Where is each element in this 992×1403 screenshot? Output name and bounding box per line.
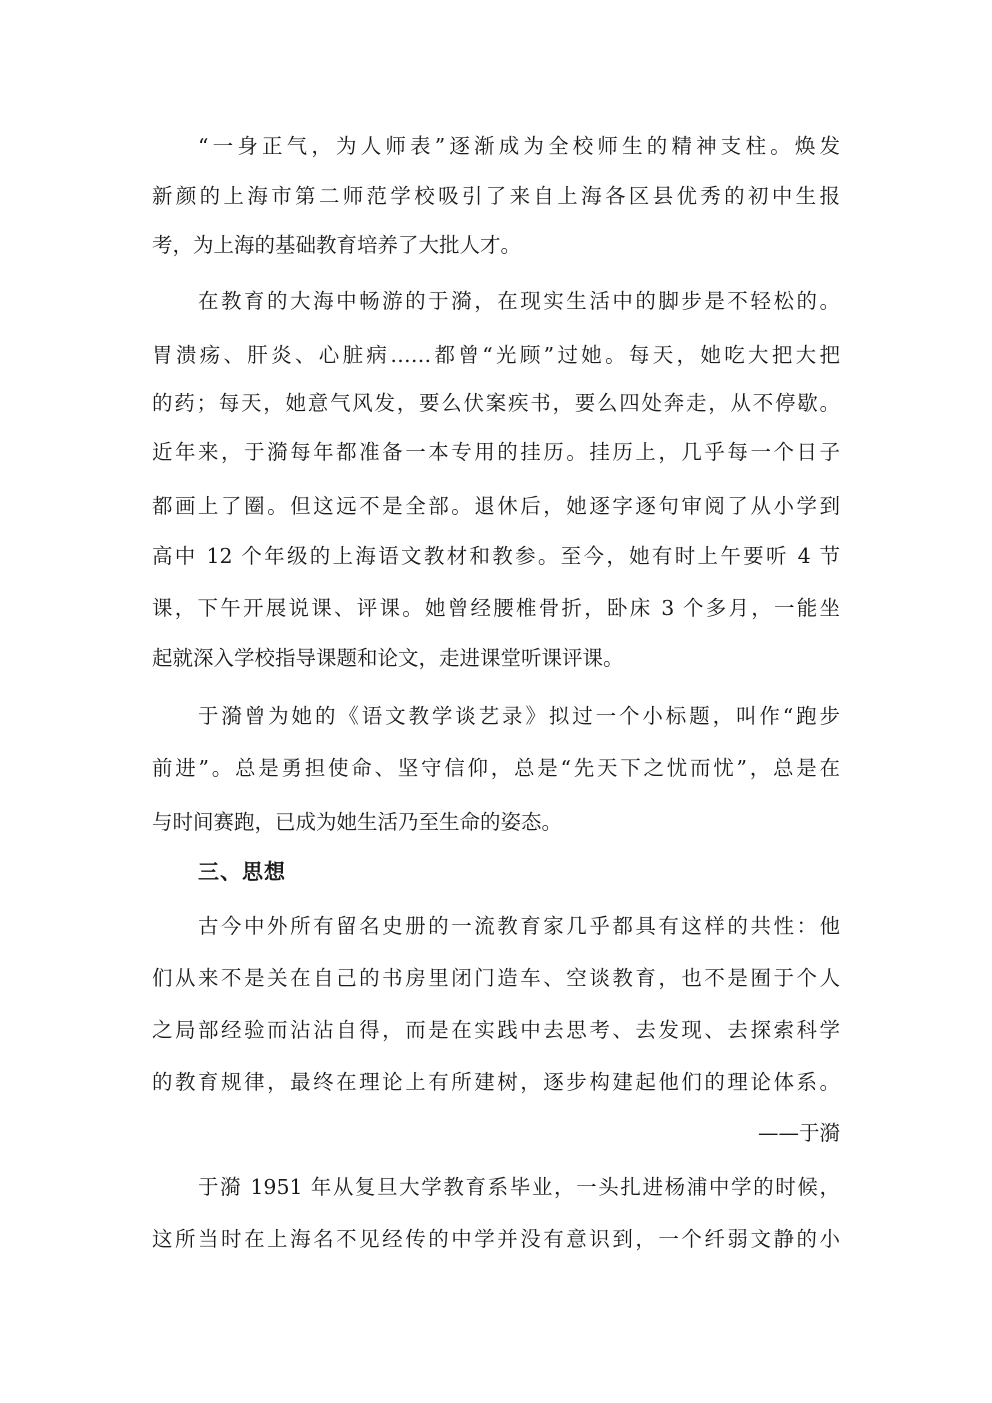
text-line: 新颜的上海市第二师范学校吸引了来自上海各区县优秀的初中生报 <box>152 181 840 211</box>
quote-line: 之局部经验而沾沾自得，而是在实践中去思考、去发现、去探索科学 <box>152 1015 840 1045</box>
section-heading: 三、思想 <box>198 857 286 887</box>
text-line: 前进”。总是勇担使命、坚守信仰，总是“先天下之忧而忧”，总是在 <box>152 753 840 783</box>
text-line: 于漪 1951 年从复旦大学教育系毕业，一头扎进杨浦中学的时候， <box>198 1172 840 1202</box>
quote-attribution: ——于漪 <box>758 1118 840 1148</box>
text-line: 在教育的大海中畅游的于漪，在现实生活中的脚步是不轻松的。 <box>198 286 840 316</box>
text-line: 于漪曾为她的《语文教学谈艺录》拟过一个小标题，叫作“跑步 <box>198 701 840 731</box>
text-line: 胃溃疡、肝炎、心脏病……都曾“光顾”过她。每天，她吃大把大把 <box>152 340 840 370</box>
text-line: “一身正气，为人师表”逐渐成为全校师生的精神支柱。焕发 <box>198 131 840 161</box>
text-line: 都画上了圈。但这远不是全部。退休后，她逐字逐句审阅了从小学到 <box>152 491 840 521</box>
text-line: 的药；每天，她意气风发，要么伏案疾书，要么四处奔走，从不停歇。 <box>152 388 840 418</box>
quote-line: 们从来不是关在自己的书房里闭门造车、空谈教育，也不是囿于个人 <box>152 963 840 993</box>
document-page: “一身正气，为人师表”逐渐成为全校师生的精神支柱。焕发 新颜的上海市第二师范学校… <box>0 0 992 1403</box>
text-line: 高中 12 个年级的上海语文教材和教参。至今，她有时上午要听 4 节 <box>152 541 840 571</box>
text-line: 起就深入学校指导课题和论文，走进课堂听课评课。 <box>152 643 840 673</box>
quote-line: 的教育规律，最终在理论上有所建树，逐步构建起他们的理论体系。 <box>152 1067 840 1097</box>
text-line: 与时间赛跑，已成为她生活乃至生命的姿态。 <box>152 807 840 837</box>
text-line: 课，下午开展说课、评课。她曾经腰椎骨折，卧床 3 个多月，一能坐 <box>152 593 840 623</box>
text-line: 这所当时在上海名不见经传的中学并没有意识到，一个纤弱文静的小 <box>152 1224 840 1254</box>
quote-line: 古今中外所有留名史册的一流教育家几乎都具有这样的共性：他 <box>198 911 840 941</box>
text-line: 近年来，于漪每年都准备一本专用的挂历。挂历上，几乎每一个日子 <box>152 437 840 467</box>
text-line: 考，为上海的基础教育培养了大批人才。 <box>152 230 840 260</box>
